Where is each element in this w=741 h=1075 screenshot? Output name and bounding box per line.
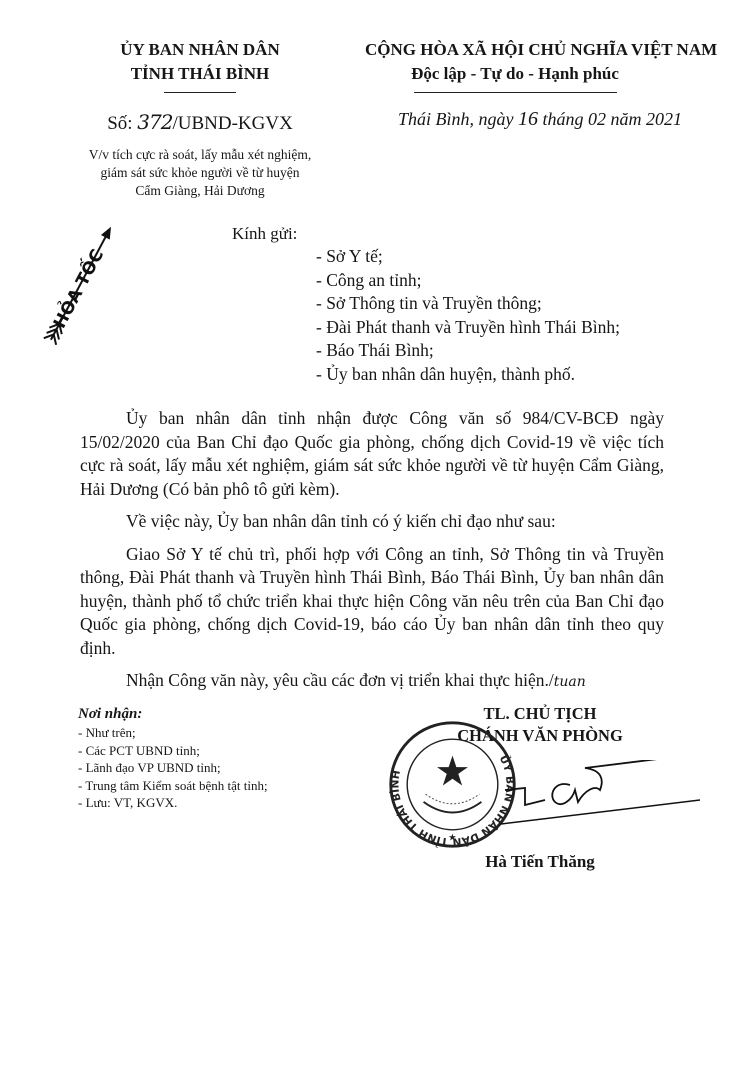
body-paragraph: Về việc này, Ủy ban nhân dân tỉnh có ý k… [80,510,664,534]
greeting: Kính gửi: [232,224,297,244]
subject: V/v tích cực rà soát, lấy mẫu xét nghiệm… [70,146,330,200]
handwritten-signature-icon [500,760,700,850]
recipient-item: - Ủy ban nhân dân huyện, thành phố. [316,363,620,387]
cc-title: Nơi nhận: [78,705,268,724]
subject-line: V/v tích cực rà soát, lấy mẫu xét nghiệm… [70,146,330,164]
number-suffix: /UBND-KGVX [172,113,292,134]
date-line: Thái Bình, ngày 16 tháng 02 năm 2021 [385,108,695,131]
signer-name: Hà Tiến Thăng [440,852,640,872]
date-suffix: tháng 02 năm 2021 [538,109,682,129]
initials-mark: tuan [554,674,586,690]
national-header: CỘNG HÒA XÃ HỘI CHỦ NGHĨA VIỆT NAM Độc l… [365,38,665,93]
agency-line-2: TỈNH THÁI BÌNH [100,62,300,86]
agency-underline [164,92,236,93]
cc-list: Nơi nhận: - Như trên; - Các PCT UBND tỉn… [78,705,268,812]
agency-line-1: ỦY BAN NHÂN DÂN [100,38,300,62]
subject-line: Cẩm Giàng, Hải Dương [70,182,330,200]
number-prefix: Số: [107,113,137,134]
cc-item: - Trung tâm Kiểm soát bệnh tật tỉnh; [78,777,268,795]
nation-title: CỘNG HÒA XÃ HỘI CHỦ NGHĨA VIỆT NAM [365,38,665,62]
motto: Độc lập - Tự do - Hạnh phúc [365,62,665,86]
recipient-item: - Đài Phát thanh và Truyền hình Thái Bìn… [316,316,620,340]
body-text: Ủy ban nhân dân tỉnh nhận được Công văn … [80,407,664,704]
handwritten-day: 16 [518,108,538,130]
issuing-agency: ỦY BAN NHÂN DÂN TỈNH THÁI BÌNH [100,38,300,93]
recipient-item: - Báo Thái Bình; [316,339,620,363]
cc-item: - Như trên; [78,724,268,742]
recipient-item: - Sở Thông tin và Truyền thông; [316,292,620,316]
recipient-list: - Sở Y tế; - Công an tỉnh; - Sở Thông ti… [316,245,620,386]
document-number: Số: 372/UBND-KGVX [100,110,300,135]
handwritten-number: 372 [137,110,172,134]
motto-underline [414,92,617,93]
body-paragraph: Giao Sở Y tế chủ trì, phối hợp với Công … [80,543,664,661]
recipient-item: - Công an tỉnh; [316,269,620,293]
urgent-stamp-text: HỎA TỐC [46,244,108,331]
body-paragraph: Ủy ban nhân dân tỉnh nhận được Công văn … [80,407,664,501]
cc-item: - Lãnh đạo VP UBND tỉnh; [78,759,268,777]
urgent-arrow-stamp-icon: HỎA TỐC [30,215,130,355]
subject-line: giám sát sức khỏe người về từ huyện [70,164,330,182]
recipient-item: - Sở Y tế; [316,245,620,269]
date-prefix: Thái Bình, ngày [398,109,518,129]
svg-text:★: ★ [448,832,457,843]
closing-paragraph: Nhận Công văn này, yêu cầu các đơn vị tr… [80,669,664,695]
cc-item: - Các PCT UBND tỉnh; [78,742,268,760]
closing-text: Nhận Công văn này, yêu cầu các đơn vị tr… [126,670,554,690]
cc-item: - Lưu: VT, KGVX. [78,794,268,812]
